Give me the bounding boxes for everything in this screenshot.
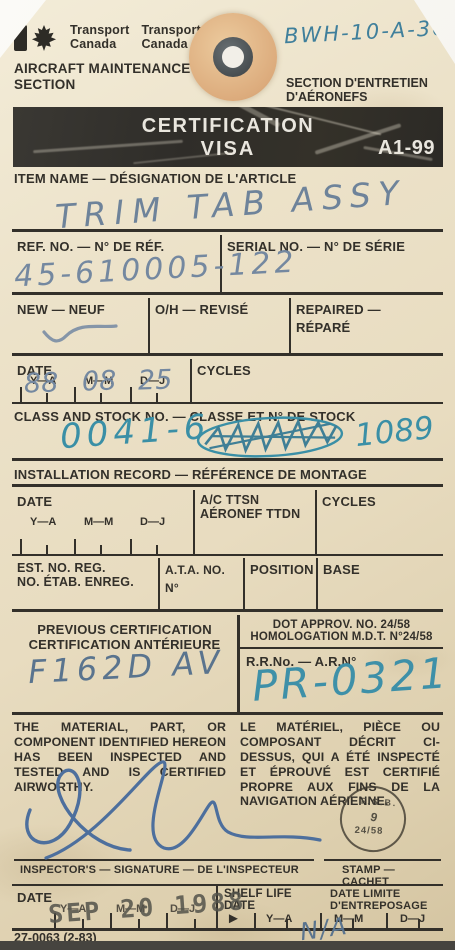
install-cycles-cell: CYCLES bbox=[317, 490, 443, 554]
grommet-center-hole bbox=[222, 46, 244, 68]
est-ata-section: EST. NO. REG. NO. ÉTAB. ENREG. A.T.A. NO… bbox=[12, 558, 443, 612]
est-label-en: EST. NO. REG. bbox=[17, 561, 153, 575]
checkmark-icon bbox=[40, 318, 120, 348]
installation-title: INSTALLATION RECORD — RÉFÉRENCE DE MONTA… bbox=[12, 464, 443, 482]
canada-flag-icon bbox=[14, 24, 58, 52]
dot-approv-block: DOT APPROV. NO. 24/58 HOMOLOGATION M.D.T… bbox=[240, 615, 443, 649]
install-sub-mm: M—M bbox=[84, 516, 113, 528]
stamp-line bbox=[324, 859, 441, 861]
cycles-label: CYCLES bbox=[197, 363, 251, 378]
oh-cell: O/H — REVISÉ bbox=[150, 298, 291, 353]
scribbled-out-digits bbox=[194, 411, 346, 463]
date-cycles-section: DATE Y—A M—M D—J CYCLES bbox=[12, 359, 443, 404]
ata-cell: A.T.A. NO. N° bbox=[160, 558, 245, 609]
stamp-text-bottom: 24/58 bbox=[354, 825, 383, 837]
date-limit-label: DATE LIMITE D'ENTREPOSAGE bbox=[330, 888, 428, 912]
install-sub-ya: Y—A bbox=[30, 516, 56, 528]
base-label: BASE bbox=[323, 562, 360, 577]
ata-label: A.T.A. NO. N° bbox=[165, 563, 225, 595]
est-label-fr: NO. ÉTAB. ENREG. bbox=[17, 575, 153, 589]
install-date-label: DATE bbox=[17, 494, 52, 509]
dot-approv-line1: DOT APPROV. NO. 24/58 bbox=[242, 619, 441, 631]
install-cycles-label: CYCLES bbox=[322, 494, 376, 509]
maple-leaf-icon bbox=[31, 25, 57, 51]
shelf-sub-dj: D—J bbox=[400, 913, 425, 925]
position-cell: POSITION bbox=[245, 558, 318, 609]
dot-approv-line2: HOMOLOGATION M.D.T. N°24/58 bbox=[242, 631, 441, 643]
date-year-value: 88 bbox=[23, 367, 58, 399]
install-sub-dj: D—J bbox=[140, 516, 165, 528]
condition-section: NEW — NEUF O/H — REVISÉ REPAIRED — RÉPAR… bbox=[12, 298, 443, 356]
stamp-text-middle: 9 bbox=[369, 810, 379, 825]
shelf-sub-ya: Y—A bbox=[266, 913, 292, 925]
installation-title-section: INSTALLATION RECORD — RÉFÉRENCE DE MONTA… bbox=[12, 464, 443, 487]
date-day-value: 25 bbox=[137, 364, 172, 396]
position-label: POSITION bbox=[250, 562, 314, 577]
certification-banner: CERTIFICATION VISA A1-99 bbox=[13, 107, 443, 167]
inspector-signature bbox=[12, 752, 332, 867]
wordmark-english: Transport Canada bbox=[70, 24, 129, 52]
new-label: NEW — NEUF bbox=[17, 302, 105, 317]
ttsn-label-en: A/C TTSN bbox=[200, 493, 310, 507]
stamp-text-top: F.S.B. bbox=[361, 796, 398, 809]
section-title-french: SECTION D'ENTRETIEN D'AÉRONEFS bbox=[286, 76, 436, 105]
date-month-value: 08 bbox=[81, 365, 116, 397]
new-cell: NEW — NEUF bbox=[12, 298, 150, 353]
photo-bottom-edge bbox=[0, 941, 455, 950]
installation-date-section: DATE Y—A M—M D—J A/C TTSN AÉRONEF TTDN C… bbox=[12, 490, 443, 556]
base-cell: BASE bbox=[318, 558, 443, 609]
scanned-tag-photo: Transport Canada Transports Canada AIRCR… bbox=[0, 0, 455, 950]
maintenance-tag: Transport Canada Transports Canada AIRCR… bbox=[0, 0, 455, 941]
est-cell: EST. NO. REG. NO. ÉTAB. ENREG. bbox=[12, 558, 160, 609]
install-date-cell: DATE Y—A M—M D—J bbox=[12, 490, 195, 554]
repaired-label: REPAIRED — RÉPARÉ bbox=[296, 302, 381, 335]
previous-cert-label-en: PREVIOUS CERTIFICATION bbox=[17, 622, 232, 637]
cycles-cell: CYCLES bbox=[192, 359, 443, 402]
ttsn-label-fr: AÉRONEF TTDN bbox=[200, 507, 310, 521]
oh-label: O/H — REVISÉ bbox=[155, 302, 248, 317]
repaired-cell: REPAIRED — RÉPARÉ bbox=[291, 298, 443, 353]
grommet-hole bbox=[189, 13, 277, 101]
ttsn-cell: A/C TTSN AÉRONEF TTDN bbox=[195, 490, 317, 554]
